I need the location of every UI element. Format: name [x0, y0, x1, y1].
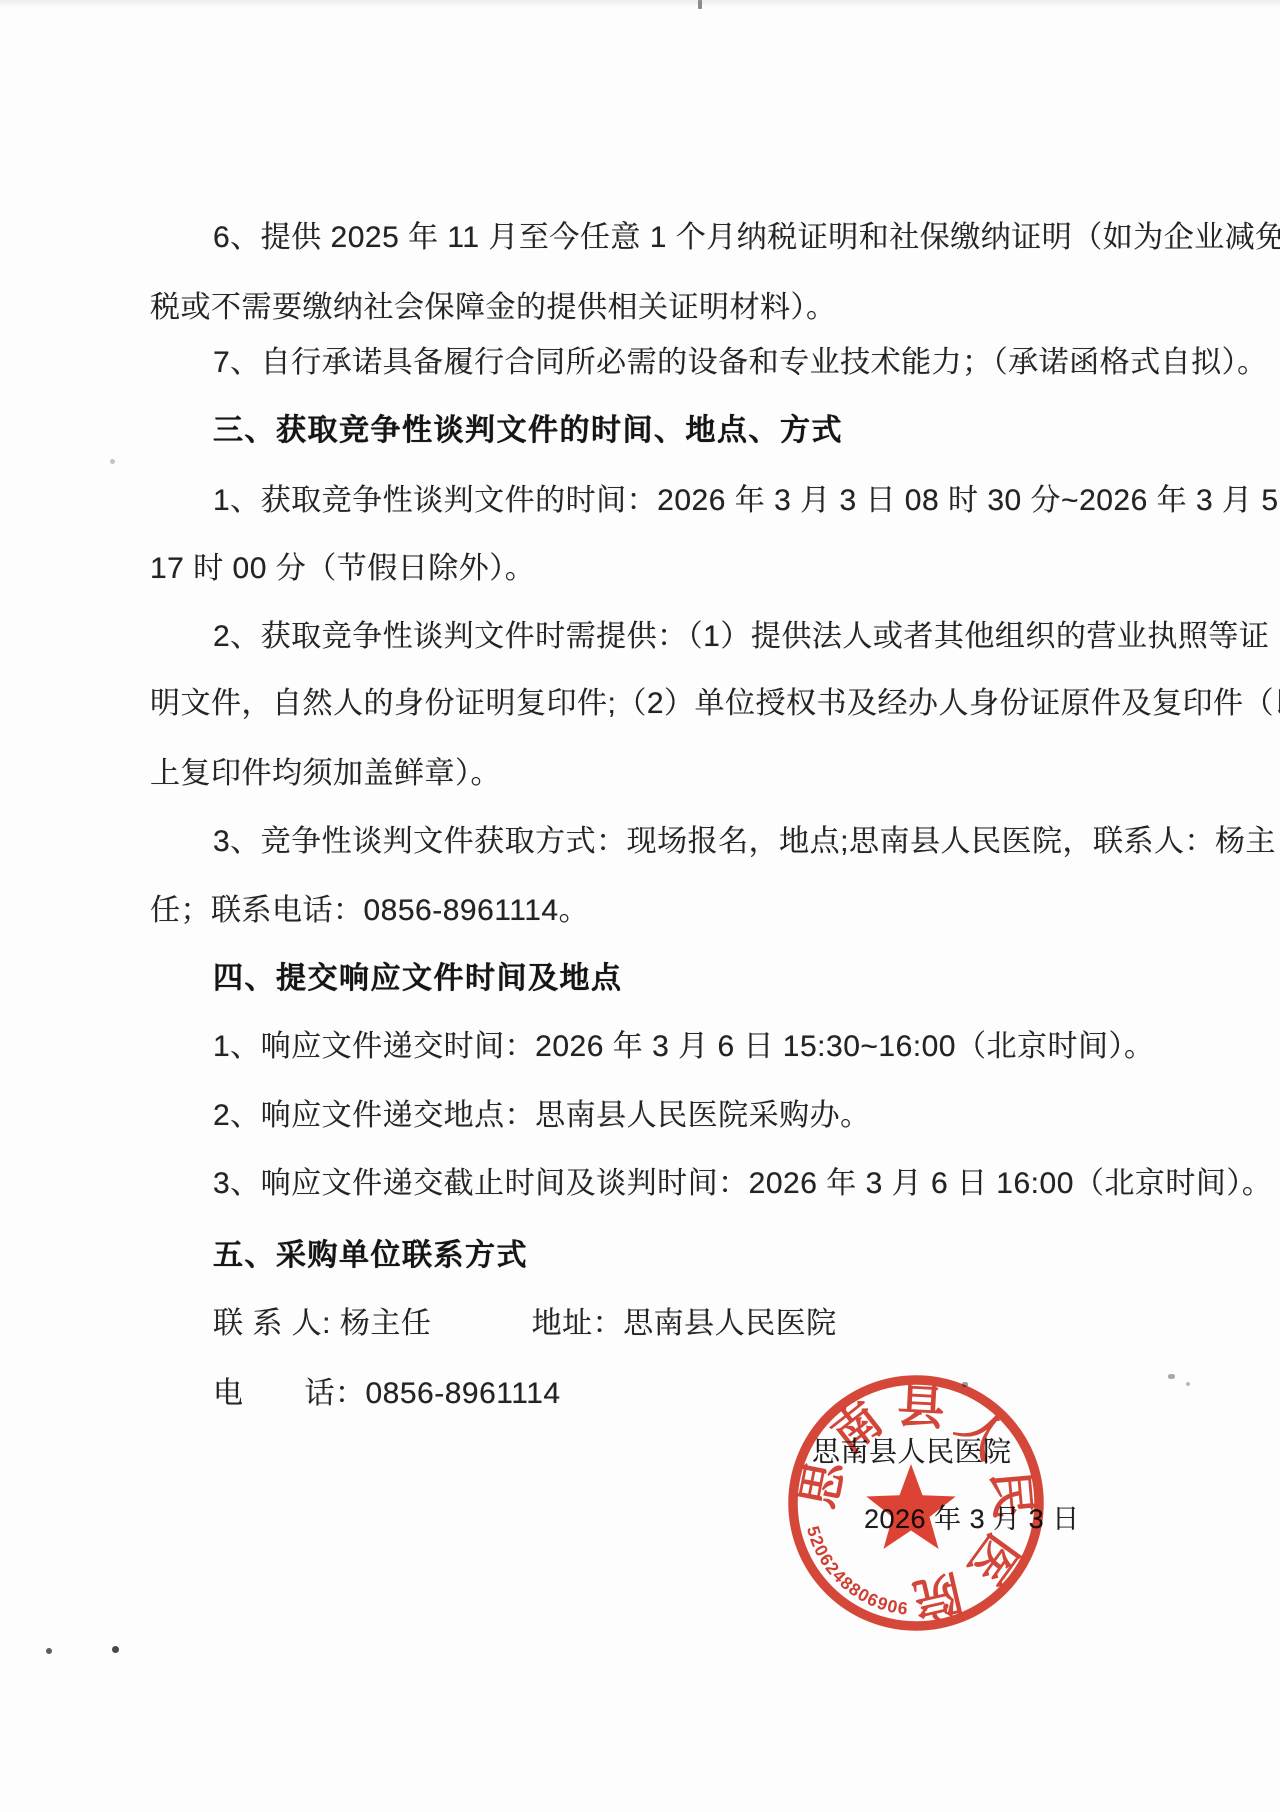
scan-speck [1186, 1382, 1190, 1386]
svg-text:思: 思 [791, 1455, 852, 1513]
paragraph-line: 明文件，自然人的身份证明复印件;（2）单位授权书及经办人身份证原件及复印件（以 [150, 678, 1280, 722]
section-heading: 三、获取竞争性谈判文件的时间、地点、方式 [213, 405, 843, 449]
section-heading: 五、采购单位联系方式 [213, 1230, 528, 1274]
paragraph-line: 电 话：0856-8961114 [213, 1368, 561, 1412]
scan-edge-shading [0, 0, 1280, 7]
document-page: 6、提供 2025 年 11 月至今任意 1 个月纳税证明和社保缴纳证明（如为企… [0, 0, 1280, 1812]
paragraph-line: 税或不需要缴纳社会保障金的提供相关证明材料）。 [150, 282, 837, 326]
svg-text:南: 南 [822, 1392, 892, 1463]
paragraph-line: 2、响应文件递交地点：思南县人民医院采购办。 [213, 1090, 871, 1134]
paragraph-line: 3、竞争性谈判文件获取方式：现场报名，地点;思南县人民医院，联系人：杨主 [213, 816, 1276, 860]
paragraph-line: 1、获取竞争性谈判文件的时间：2026 年 3 月 3 日 08 时 30 分~… [213, 475, 1280, 519]
paragraph-line: 3、响应文件递交截止时间及谈判时间：2026 年 3 月 6 日 16:00（北… [213, 1158, 1272, 1202]
paragraph-line: 上复印件均须加盖鲜章）。 [150, 748, 501, 792]
paragraph-line: 1、响应文件递交时间：2026 年 3 月 6 日 15:30~16:00（北京… [213, 1021, 1154, 1065]
scan-speck [110, 459, 115, 464]
svg-text:县: 县 [896, 1379, 946, 1434]
scan-speck [46, 1648, 52, 1654]
scan-speck [698, 0, 702, 9]
paragraph-line: 任；联系电话：0856-8961114。 [150, 885, 589, 929]
scan-speck [112, 1646, 119, 1653]
svg-text:人: 人 [947, 1399, 1018, 1470]
paragraph-line: 2、获取竞争性谈判文件时需提供：（1）提供法人或者其他组织的营业执照等证 [213, 611, 1269, 655]
official-seal-stamp: 思南县人民医院 5206248806906 [776, 1363, 1056, 1643]
paragraph-line: 7、自行承诺具备履行合同所必需的设备和专业技术能力；（承诺函格式自拟）。 [213, 337, 1268, 381]
paragraph-line: 6、提供 2025 年 11 月至今任意 1 个月纳税证明和社保缴纳证明（如为企… [213, 212, 1280, 256]
paragraph-line: 17 时 00 分（节假日除外）。 [150, 543, 535, 587]
paragraph-line: 联 系 人: 杨主任 地址：思南县人民医院 [213, 1298, 837, 1342]
svg-text:医: 医 [958, 1525, 1029, 1594]
section-heading: 四、提交响应文件时间及地点 [213, 953, 623, 997]
svg-text:院: 院 [909, 1565, 967, 1627]
svg-text:民: 民 [983, 1469, 1040, 1520]
scan-speck [1168, 1374, 1175, 1379]
